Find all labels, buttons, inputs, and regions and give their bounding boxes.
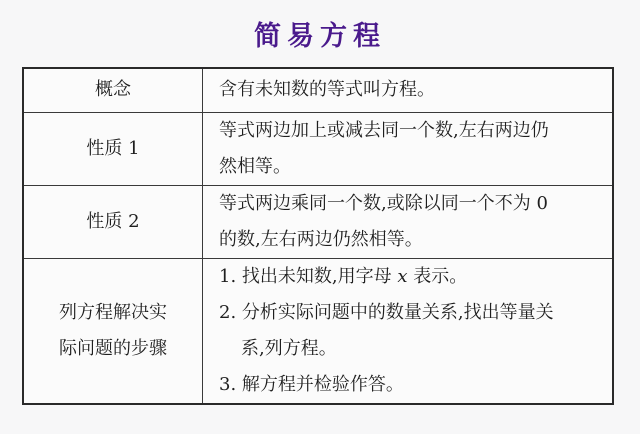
step-2-line-1: 2. 分析实际问题中的数量关系,找出等量关 [219,295,602,331]
property-2-line-2: 的数,左右两边仍然相等。 [219,222,602,258]
table-row-property-2: 性质 2 等式两边乘同一个数,或除以同一个不为 0 的数,左右两边仍然相等。 [23,185,613,258]
row-label-steps: 列方程解决实 际问题的步骤 [23,258,203,404]
page-title: 简易方程 [0,14,640,53]
step-1-text-end: 表示。 [408,266,468,287]
row-label-concept: 概念 [23,68,203,112]
row-content-property-1: 等式两边加上或减去同一个数,左右两边仍 然相等。 [203,112,614,185]
row-content-concept: 含有未知数的等式叫方程。 [203,68,614,112]
table-row-concept: 概念 含有未知数的等式叫方程。 [23,68,613,112]
step-3: 3. 解方程并检验作答。 [219,367,602,403]
step-1-text: 1. 找出未知数,用字母 [219,266,397,287]
steps-label-line-1: 列方程解决实 [32,295,194,331]
property-1-line-1: 等式两边加上或减去同一个数,左右两边仍 [219,113,602,149]
step-1: 1. 找出未知数,用字母 x 表示。 [219,259,602,295]
step-2-line-2: 系,列方程。 [219,331,602,367]
row-label-property-1: 性质 1 [23,112,203,185]
row-label-property-2: 性质 2 [23,185,203,258]
variable-x: x [397,266,407,287]
steps-label-line-2: 际问题的步骤 [32,331,194,367]
row-content-property-2: 等式两边乘同一个数,或除以同一个不为 0 的数,左右两边仍然相等。 [203,185,614,258]
table-row-steps: 列方程解决实 际问题的步骤 1. 找出未知数,用字母 x 表示。 2. 分析实际… [23,258,613,404]
property-2-line-1: 等式两边乘同一个数,或除以同一个不为 0 [219,186,602,222]
equation-summary-table: 概念 含有未知数的等式叫方程。 性质 1 等式两边加上或减去同一个数,左右两边仍… [22,67,614,405]
row-content-steps: 1. 找出未知数,用字母 x 表示。 2. 分析实际问题中的数量关系,找出等量关… [203,258,614,404]
concept-text: 含有未知数的等式叫方程。 [219,79,435,100]
table-row-property-1: 性质 1 等式两边加上或减去同一个数,左右两边仍 然相等。 [23,112,613,185]
property-1-line-2: 然相等。 [219,149,602,185]
